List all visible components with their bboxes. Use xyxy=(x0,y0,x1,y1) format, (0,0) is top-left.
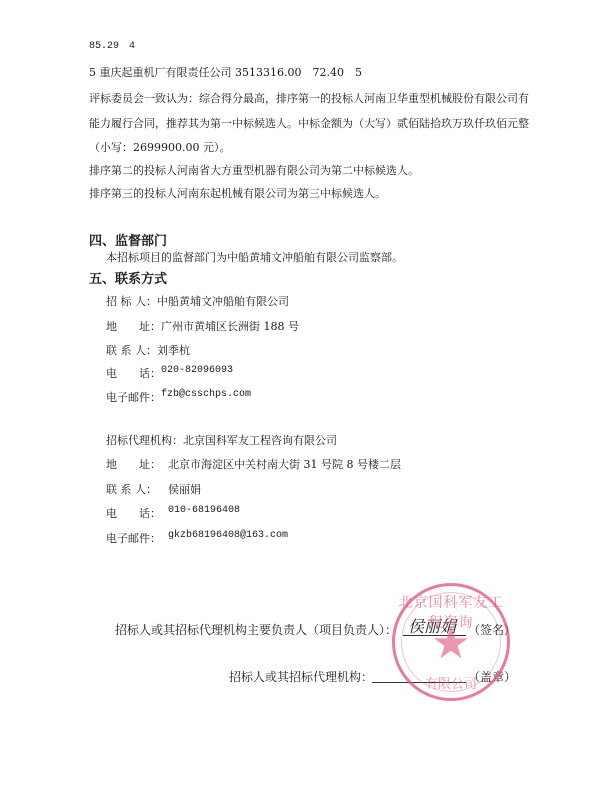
agency-address: 北京市海淀区中关村南大街 31 号院 8 号楼二层 xyxy=(168,456,401,472)
agency-name-label: 招标代理机构： xyxy=(106,432,183,448)
tenderer-name: 中船黄埔文冲船舶有限公司 xyxy=(157,293,289,309)
tenderer-phone-label: 电 话： xyxy=(106,365,161,381)
tenderer-address: 广州市黄埔区长洲街 188 号 xyxy=(161,318,299,334)
tenderer-name-row: 招 标 人： 中船黄埔文冲船舶有限公司 xyxy=(106,293,289,309)
agency-email-label: 电子邮件： xyxy=(106,530,168,546)
tenderer-address-label: 地 址： xyxy=(106,318,161,334)
agency-name: 北京国科军友工程咨询有限公司 xyxy=(183,432,337,448)
conclusion-text-2: 能力履行合同，推荐其为第一中标候选人。中标金额为（大写）贰佰陆拾玖万玖仟玖佰元整 xyxy=(89,117,529,131)
agency-address-label: 地 址： xyxy=(106,456,168,472)
tenderer-contact-row: 联 系 人： 刘季杭 xyxy=(106,342,190,358)
section5-heading: 五、联系方式 xyxy=(89,268,167,287)
agency-phone: 010-68196408 xyxy=(168,505,240,521)
tenderer-address-row: 地 址： 广州市黄埔区长洲街 188 号 xyxy=(106,318,299,334)
conclusion-text-3: （小写：2699900.00 元）。 xyxy=(89,141,230,155)
agency-phone-label: 电 话： xyxy=(106,505,168,521)
tenderer-email: fzb@csschps.com xyxy=(161,389,251,405)
third-candidate: 排序第三的投标人河南东起机械有限公司为第三中标候选人。 xyxy=(89,187,386,201)
tenderer-contact-label: 联 系 人： xyxy=(106,342,157,358)
responsible-label: 招标人或其招标代理机构主要负责人（项目负责人）： xyxy=(115,623,397,637)
bidder-row-5: 5 重庆起重机厂有限责任公司 3513316.00 72.40 5 xyxy=(89,66,362,80)
score-line-4: 85.29 4 xyxy=(89,40,135,54)
agency-email: gkzb68196408@163.com xyxy=(168,530,288,546)
agency-contact: 侯丽娟 xyxy=(168,481,201,497)
tenderer-phone-row: 电 话： 020-82096093 xyxy=(106,365,233,381)
tenderer-name-label: 招 标 人： xyxy=(106,293,157,309)
agency-contact-label: 联 系 人： xyxy=(106,481,168,497)
org-label: 招标人或其招标代理机构： xyxy=(229,670,373,684)
agency-phone-row: 电 话： 010-68196408 xyxy=(106,505,240,521)
seal-bottom-text: 有限公司 xyxy=(395,673,507,692)
tenderer-email-row: 电子邮件： fzb@csschps.com xyxy=(106,389,251,405)
section4-text: 本招标项目的监督部门为中船黄埔文冲船舶有限公司监察部。 xyxy=(106,251,403,265)
star-icon: ★ xyxy=(429,622,473,666)
agency-name-row: 招标代理机构： 北京国科军友工程咨询有限公司 xyxy=(106,432,337,448)
official-seal: 北京国科军友工程咨询 ★ 有限公司 xyxy=(392,583,510,701)
second-candidate: 排序第二的投标人河南省大方重型机器有限公司为第二中标候选人。 xyxy=(89,164,419,178)
tenderer-phone: 020-82096093 xyxy=(161,365,233,381)
agency-address-row: 地 址： 北京市海淀区中关村南大街 31 号院 8 号楼二层 xyxy=(106,456,401,472)
agency-email-row: 电子邮件： gkzb68196408@163.com xyxy=(106,530,288,546)
conclusion-text-1: 评标委员会一致认为：综合得分最高，排序第一的投标人河南卫华重型机械股份有限公司有 xyxy=(89,92,529,106)
agency-contact-row: 联 系 人： 侯丽娟 xyxy=(106,481,201,497)
tenderer-contact: 刘季杭 xyxy=(157,342,190,358)
tenderer-email-label: 电子邮件： xyxy=(106,389,161,405)
section4-heading: 四、监督部门 xyxy=(89,230,167,249)
